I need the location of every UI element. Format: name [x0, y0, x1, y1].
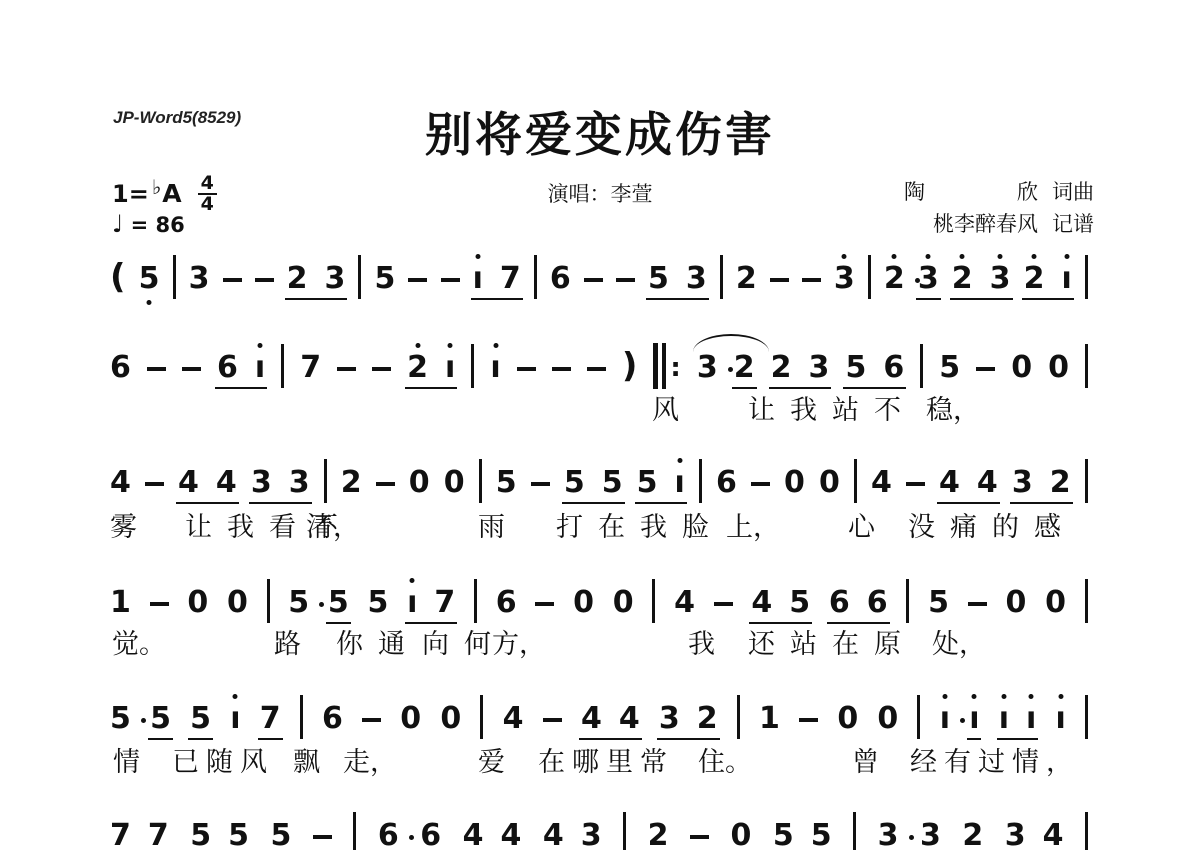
note: 5	[845, 352, 866, 384]
high-octave-dot	[257, 343, 262, 348]
parenthesis: )	[622, 348, 638, 384]
lyric-run: 心	[848, 505, 875, 544]
lyrics-line-2: 风让我站不稳，	[0, 388, 1200, 422]
beam-group: 55	[190, 820, 249, 850]
beam-underline	[471, 298, 523, 301]
note: 3	[686, 263, 707, 295]
high-octave-dot	[926, 254, 931, 259]
duration-dash	[408, 278, 427, 283]
barline	[479, 459, 482, 503]
note: 6	[322, 703, 343, 735]
note: 5	[228, 820, 249, 850]
duration-dash	[147, 367, 166, 372]
note: 6	[550, 263, 571, 295]
beam-group: 44	[178, 467, 237, 499]
notator-role: 记谱	[1052, 208, 1094, 240]
note: 0	[187, 587, 208, 619]
note: 7	[300, 352, 321, 384]
high-octave-dot	[415, 343, 420, 348]
note: 5	[139, 263, 160, 295]
key-signature: 1= ♭ A 4 4	[112, 174, 217, 213]
note: 4	[581, 703, 602, 735]
key-prefix: 1=	[112, 180, 149, 208]
lyric-run: 经有过情，	[910, 740, 1080, 779]
barline	[1085, 579, 1088, 623]
barline	[1085, 255, 1088, 299]
note: 0	[784, 467, 805, 499]
note: 4	[674, 587, 695, 619]
duration-dash	[362, 718, 381, 723]
note: 3	[189, 263, 210, 295]
beam-group: ı7	[407, 587, 455, 619]
note: 3	[325, 263, 346, 295]
note: 6	[217, 352, 238, 384]
beam-underline	[1022, 298, 1074, 301]
repeat-sign: :	[653, 344, 680, 384]
duration-dash	[145, 482, 164, 487]
beam-group: 32	[1012, 467, 1071, 499]
note: 4	[619, 703, 640, 735]
lyric-run: 雨	[478, 505, 505, 544]
note: 5	[110, 703, 131, 735]
slur-arc	[693, 334, 769, 352]
duration-dash	[543, 718, 562, 723]
barline	[737, 695, 740, 739]
duration-dash	[968, 602, 987, 607]
note: 6	[496, 587, 517, 619]
lyric-run: 已随风	[172, 740, 274, 779]
duration-dash	[751, 482, 770, 487]
note: 3	[659, 703, 680, 735]
note: 0	[573, 587, 594, 619]
repeat-bar	[662, 343, 667, 389]
barline	[720, 255, 723, 299]
parenthesis: (	[110, 259, 126, 295]
duration-dash	[376, 482, 395, 487]
duration-dash	[441, 278, 460, 283]
lyrics-line-5: 情已随风飘走，爱在哪里常住。曾经有过情，	[0, 740, 1200, 774]
beam-group: 6ı	[217, 352, 265, 384]
augmentation-dot	[141, 718, 146, 723]
note: 4	[1043, 820, 1064, 850]
barline	[1085, 695, 1088, 739]
lyric-run: 住。	[698, 740, 752, 779]
note: 2	[736, 263, 757, 295]
note: 5	[637, 467, 658, 499]
note: 6	[378, 820, 399, 850]
note: 6	[883, 352, 904, 384]
beam-group: ı7	[473, 263, 521, 295]
note: 0	[613, 587, 634, 619]
high-octave-dot	[1058, 694, 1063, 699]
note: 2	[697, 703, 718, 735]
notator-credit: 桃李醉春风 记谱	[904, 208, 1094, 240]
beam-underline	[646, 298, 709, 301]
note: 5	[564, 467, 585, 499]
duration-dash	[313, 835, 332, 840]
lyric-run: 上，	[726, 505, 780, 544]
note: 2	[962, 820, 983, 850]
duration-dash	[552, 367, 571, 372]
augmentation-dot	[909, 835, 914, 840]
high-octave-dot	[1029, 694, 1034, 699]
lyric-run: 路	[274, 622, 301, 661]
duration-dash	[690, 835, 709, 840]
lyric-run: 飘	[293, 740, 320, 779]
beam-group: 23	[952, 263, 1011, 295]
beam-underline	[176, 502, 239, 505]
barline	[480, 695, 483, 739]
lyric-run: 清，	[306, 505, 360, 544]
song-title: 别将爱变成伤害	[0, 98, 1200, 165]
sheet-music-page: JP-Word5(8529) 别将爱变成伤害 演唱：李萱 陶 欣 词曲 桃李醉春…	[0, 0, 1200, 850]
beam-group: 44	[463, 820, 522, 850]
note: 2	[884, 263, 905, 295]
note: 5	[190, 703, 211, 735]
note: 5	[602, 467, 623, 499]
lyric-run: 在哪里常	[538, 740, 674, 779]
note: ı	[230, 703, 240, 735]
music-line-6: 77555664443205533234	[110, 808, 1088, 850]
duration-dash	[799, 718, 818, 723]
barline	[699, 459, 702, 503]
barline	[358, 255, 361, 299]
barline	[471, 344, 474, 388]
note: 2	[648, 820, 669, 850]
duration-dash	[182, 367, 201, 372]
augmentation-dot	[319, 602, 324, 607]
music-line-5: 555ı760044432100ııııı	[110, 691, 1088, 735]
note: 4	[110, 467, 131, 499]
barline	[353, 812, 356, 850]
high-octave-dot	[475, 254, 480, 259]
duration-dash	[535, 602, 554, 607]
note: 6	[829, 587, 850, 619]
note: ı	[445, 352, 455, 384]
note: 3	[990, 263, 1011, 295]
augmentation-dot	[409, 835, 414, 840]
lyric-run: 我	[688, 622, 715, 661]
barline	[1085, 812, 1088, 850]
beam-group: 34	[1005, 820, 1064, 850]
lyric-run: 情	[113, 740, 140, 779]
beam-group: 53	[648, 263, 707, 295]
note: 0	[444, 467, 465, 499]
lyric-run: 曾	[852, 740, 879, 779]
beam-group: 66	[829, 587, 888, 619]
note: 6	[867, 587, 888, 619]
note: 2	[771, 352, 792, 384]
note: 5	[496, 467, 517, 499]
composer-name-left: 陶	[904, 176, 925, 208]
note: 4	[977, 467, 998, 499]
note: 0	[1045, 587, 1066, 619]
note: 7	[110, 820, 131, 850]
note: 4	[503, 703, 524, 735]
note: 4	[871, 467, 892, 499]
beam-underline	[1010, 502, 1073, 505]
lyric-run: 雾	[110, 505, 137, 544]
beam-group: 23	[287, 263, 346, 295]
high-octave-dot	[1032, 254, 1037, 259]
note: ı	[1061, 263, 1071, 295]
key-letter: A	[162, 179, 181, 208]
tempo-value: = 86	[131, 213, 185, 237]
note: 0	[400, 703, 421, 735]
note: 2	[1024, 263, 1045, 295]
barline	[853, 812, 856, 850]
music-line-4: 100555ı760044566500	[110, 575, 1088, 619]
note: ı	[940, 703, 950, 735]
lyric-run: 处，	[932, 622, 986, 661]
note: 2	[734, 352, 755, 384]
repeat-bar	[653, 343, 658, 389]
beam-group: 56	[845, 352, 904, 384]
barline	[906, 579, 909, 623]
lyric-run: 爱	[478, 740, 505, 779]
beam-group: 23	[771, 352, 830, 384]
beam-group: 33	[251, 467, 310, 499]
composer-role: 词曲	[1052, 176, 1094, 208]
duration-dash	[223, 278, 242, 283]
note: 3	[1012, 467, 1033, 499]
duration-dash	[714, 602, 733, 607]
note: 4	[939, 467, 960, 499]
beam-group: 2ı	[407, 352, 455, 384]
duration-dash	[337, 367, 356, 372]
flat-icon: ♭	[152, 175, 161, 199]
duration-dash	[616, 278, 635, 283]
beam-group: 55	[773, 820, 832, 850]
barline	[1085, 344, 1088, 388]
note: 3	[809, 352, 830, 384]
note: ı	[675, 467, 685, 499]
note: 0	[227, 587, 248, 619]
note: 0	[731, 820, 752, 850]
note: 6	[110, 352, 131, 384]
duration-dash	[531, 482, 550, 487]
beam-underline	[285, 298, 348, 301]
beam-group: ıı	[999, 703, 1037, 735]
note: 3	[581, 820, 602, 850]
note: 5	[288, 587, 309, 619]
music-line-1: (53235ı76532323232ı	[110, 251, 1088, 295]
note: 3	[918, 263, 939, 295]
note: 1	[759, 703, 780, 735]
note: 2	[1050, 467, 1071, 499]
note: 3	[834, 263, 855, 295]
beam-underline	[635, 502, 687, 505]
meter-numerator: 4	[198, 174, 217, 195]
music-line-3: 444332005555ı60044432	[110, 455, 1088, 499]
note: 0	[877, 703, 898, 735]
note: 5	[773, 820, 794, 850]
note: 5	[789, 587, 810, 619]
note: 2	[407, 352, 428, 384]
note: 7	[260, 703, 281, 735]
barline	[652, 579, 655, 623]
note: 1	[110, 587, 131, 619]
beam-group: 45	[751, 587, 810, 619]
beam-group: 5ı	[637, 467, 685, 499]
note: 3	[251, 467, 272, 499]
high-octave-dot	[998, 254, 1003, 259]
note: 5	[648, 263, 669, 295]
barline	[623, 812, 626, 850]
note: 0	[819, 467, 840, 499]
barline	[854, 459, 857, 503]
note: 3	[920, 820, 941, 850]
barline	[534, 255, 537, 299]
high-octave-dot	[233, 694, 238, 699]
high-octave-dot	[892, 254, 897, 259]
note: 5	[811, 820, 832, 850]
beam-group: 2ı	[1024, 263, 1072, 295]
time-signature: 4 4	[198, 174, 217, 213]
lyric-run: 你通	[336, 622, 420, 661]
note: 0	[837, 703, 858, 735]
note: 5	[190, 820, 211, 850]
barline	[300, 695, 303, 739]
beam-group: 44	[581, 703, 640, 735]
lyric-run: 方，	[492, 622, 546, 661]
note: 7	[500, 263, 521, 295]
note: 2	[952, 263, 973, 295]
high-octave-dot	[942, 694, 947, 699]
beam-group: 55	[564, 467, 623, 499]
barline	[324, 459, 327, 503]
lyrics-line-3: 雾让我看不清，雨打在我脸上，心没痛的感	[0, 505, 1200, 539]
note: 3	[878, 820, 899, 850]
repeat-dots: :	[670, 352, 680, 384]
duration-dash	[802, 278, 821, 283]
note: ı	[1055, 703, 1065, 735]
notator-name: 桃李醉春风	[933, 208, 1038, 240]
note: ı	[407, 587, 417, 619]
high-octave-dot	[960, 254, 965, 259]
note: 0	[440, 703, 461, 735]
augmentation-dot	[728, 367, 733, 372]
note: 0	[1048, 352, 1069, 384]
note: ı	[473, 263, 483, 295]
note: 3	[697, 352, 718, 384]
high-octave-dot	[410, 578, 415, 583]
duration-dash	[906, 482, 925, 487]
high-octave-dot	[972, 694, 977, 699]
note: 0	[409, 467, 430, 499]
note: 5	[375, 263, 396, 295]
high-octave-dot	[677, 458, 682, 463]
credits-block: 陶 欣 词曲 桃李醉春风 记谱	[904, 176, 1094, 240]
lyric-run: 还站在原	[748, 622, 916, 661]
augmentation-dot	[960, 718, 965, 723]
duration-dash	[587, 367, 606, 372]
note: ı	[255, 352, 265, 384]
beam-group: 44	[939, 467, 998, 499]
note: ı	[490, 352, 500, 384]
duration-dash	[517, 367, 536, 372]
high-octave-dot	[1064, 254, 1069, 259]
note: 5	[328, 587, 349, 619]
note: ı	[969, 703, 979, 735]
music-line-2: 66ı72ıı):322356500	[110, 340, 1088, 384]
note: 0	[1005, 587, 1026, 619]
low-octave-dot	[147, 300, 152, 305]
note: 6	[716, 467, 737, 499]
lyric-run: 觉。	[112, 622, 166, 661]
beam-group: 43	[543, 820, 602, 850]
barline	[173, 255, 176, 299]
beam-underline	[562, 502, 625, 505]
note: ı	[1026, 703, 1036, 735]
lyric-run: 走，	[343, 740, 397, 779]
lyrics-line-4: 觉。路你通向何方，我还站在原处，	[0, 622, 1200, 656]
note: 5	[271, 820, 292, 850]
note: 3	[289, 467, 310, 499]
note: 2	[287, 263, 308, 295]
beam-underline	[937, 502, 1000, 505]
note: 0	[1011, 352, 1032, 384]
barline	[281, 344, 284, 388]
composer-credit: 陶 欣 词曲	[904, 176, 1094, 208]
barline	[1085, 459, 1088, 503]
lyric-run: 让我站不	[748, 388, 916, 427]
high-octave-dot	[1001, 694, 1006, 699]
note: 5	[939, 352, 960, 384]
lyric-run: 风	[652, 388, 679, 427]
duration-dash	[150, 602, 169, 607]
beam-underline	[249, 502, 312, 505]
note: 4	[178, 467, 199, 499]
note: 2	[341, 467, 362, 499]
barline	[474, 579, 477, 623]
note: 3	[1005, 820, 1026, 850]
high-octave-dot	[842, 254, 847, 259]
beam-group: 77	[110, 820, 169, 850]
eighth-underline	[916, 298, 941, 301]
note: 4	[501, 820, 522, 850]
duration-dash	[770, 278, 789, 283]
note: 4	[216, 467, 237, 499]
barline	[868, 255, 871, 299]
note: 7	[434, 587, 455, 619]
high-octave-dot	[448, 343, 453, 348]
note: 4	[751, 587, 772, 619]
note: 5	[928, 587, 949, 619]
note: 6	[420, 820, 441, 850]
duration-dash	[255, 278, 274, 283]
beam-group: 32	[659, 703, 718, 735]
note: 4	[463, 820, 484, 850]
beam-underline	[950, 298, 1013, 301]
note: 5	[150, 703, 171, 735]
barline	[267, 579, 270, 623]
duration-dash	[372, 367, 391, 372]
composer-name-right: 欣	[1017, 176, 1038, 208]
meter-denominator: 4	[201, 195, 214, 213]
note: ı	[999, 703, 1009, 735]
barline	[920, 344, 923, 388]
lyric-run: 稳，	[926, 388, 980, 427]
lyric-run: 没痛的感	[908, 505, 1076, 544]
duration-dash	[584, 278, 603, 283]
note: 5	[368, 587, 389, 619]
quarter-note-icon: ♩	[112, 210, 123, 238]
lyric-run: 打在我脸	[556, 505, 724, 544]
barline	[917, 695, 920, 739]
note: 4	[543, 820, 564, 850]
tempo-marking: ♩ = 86	[112, 210, 185, 238]
